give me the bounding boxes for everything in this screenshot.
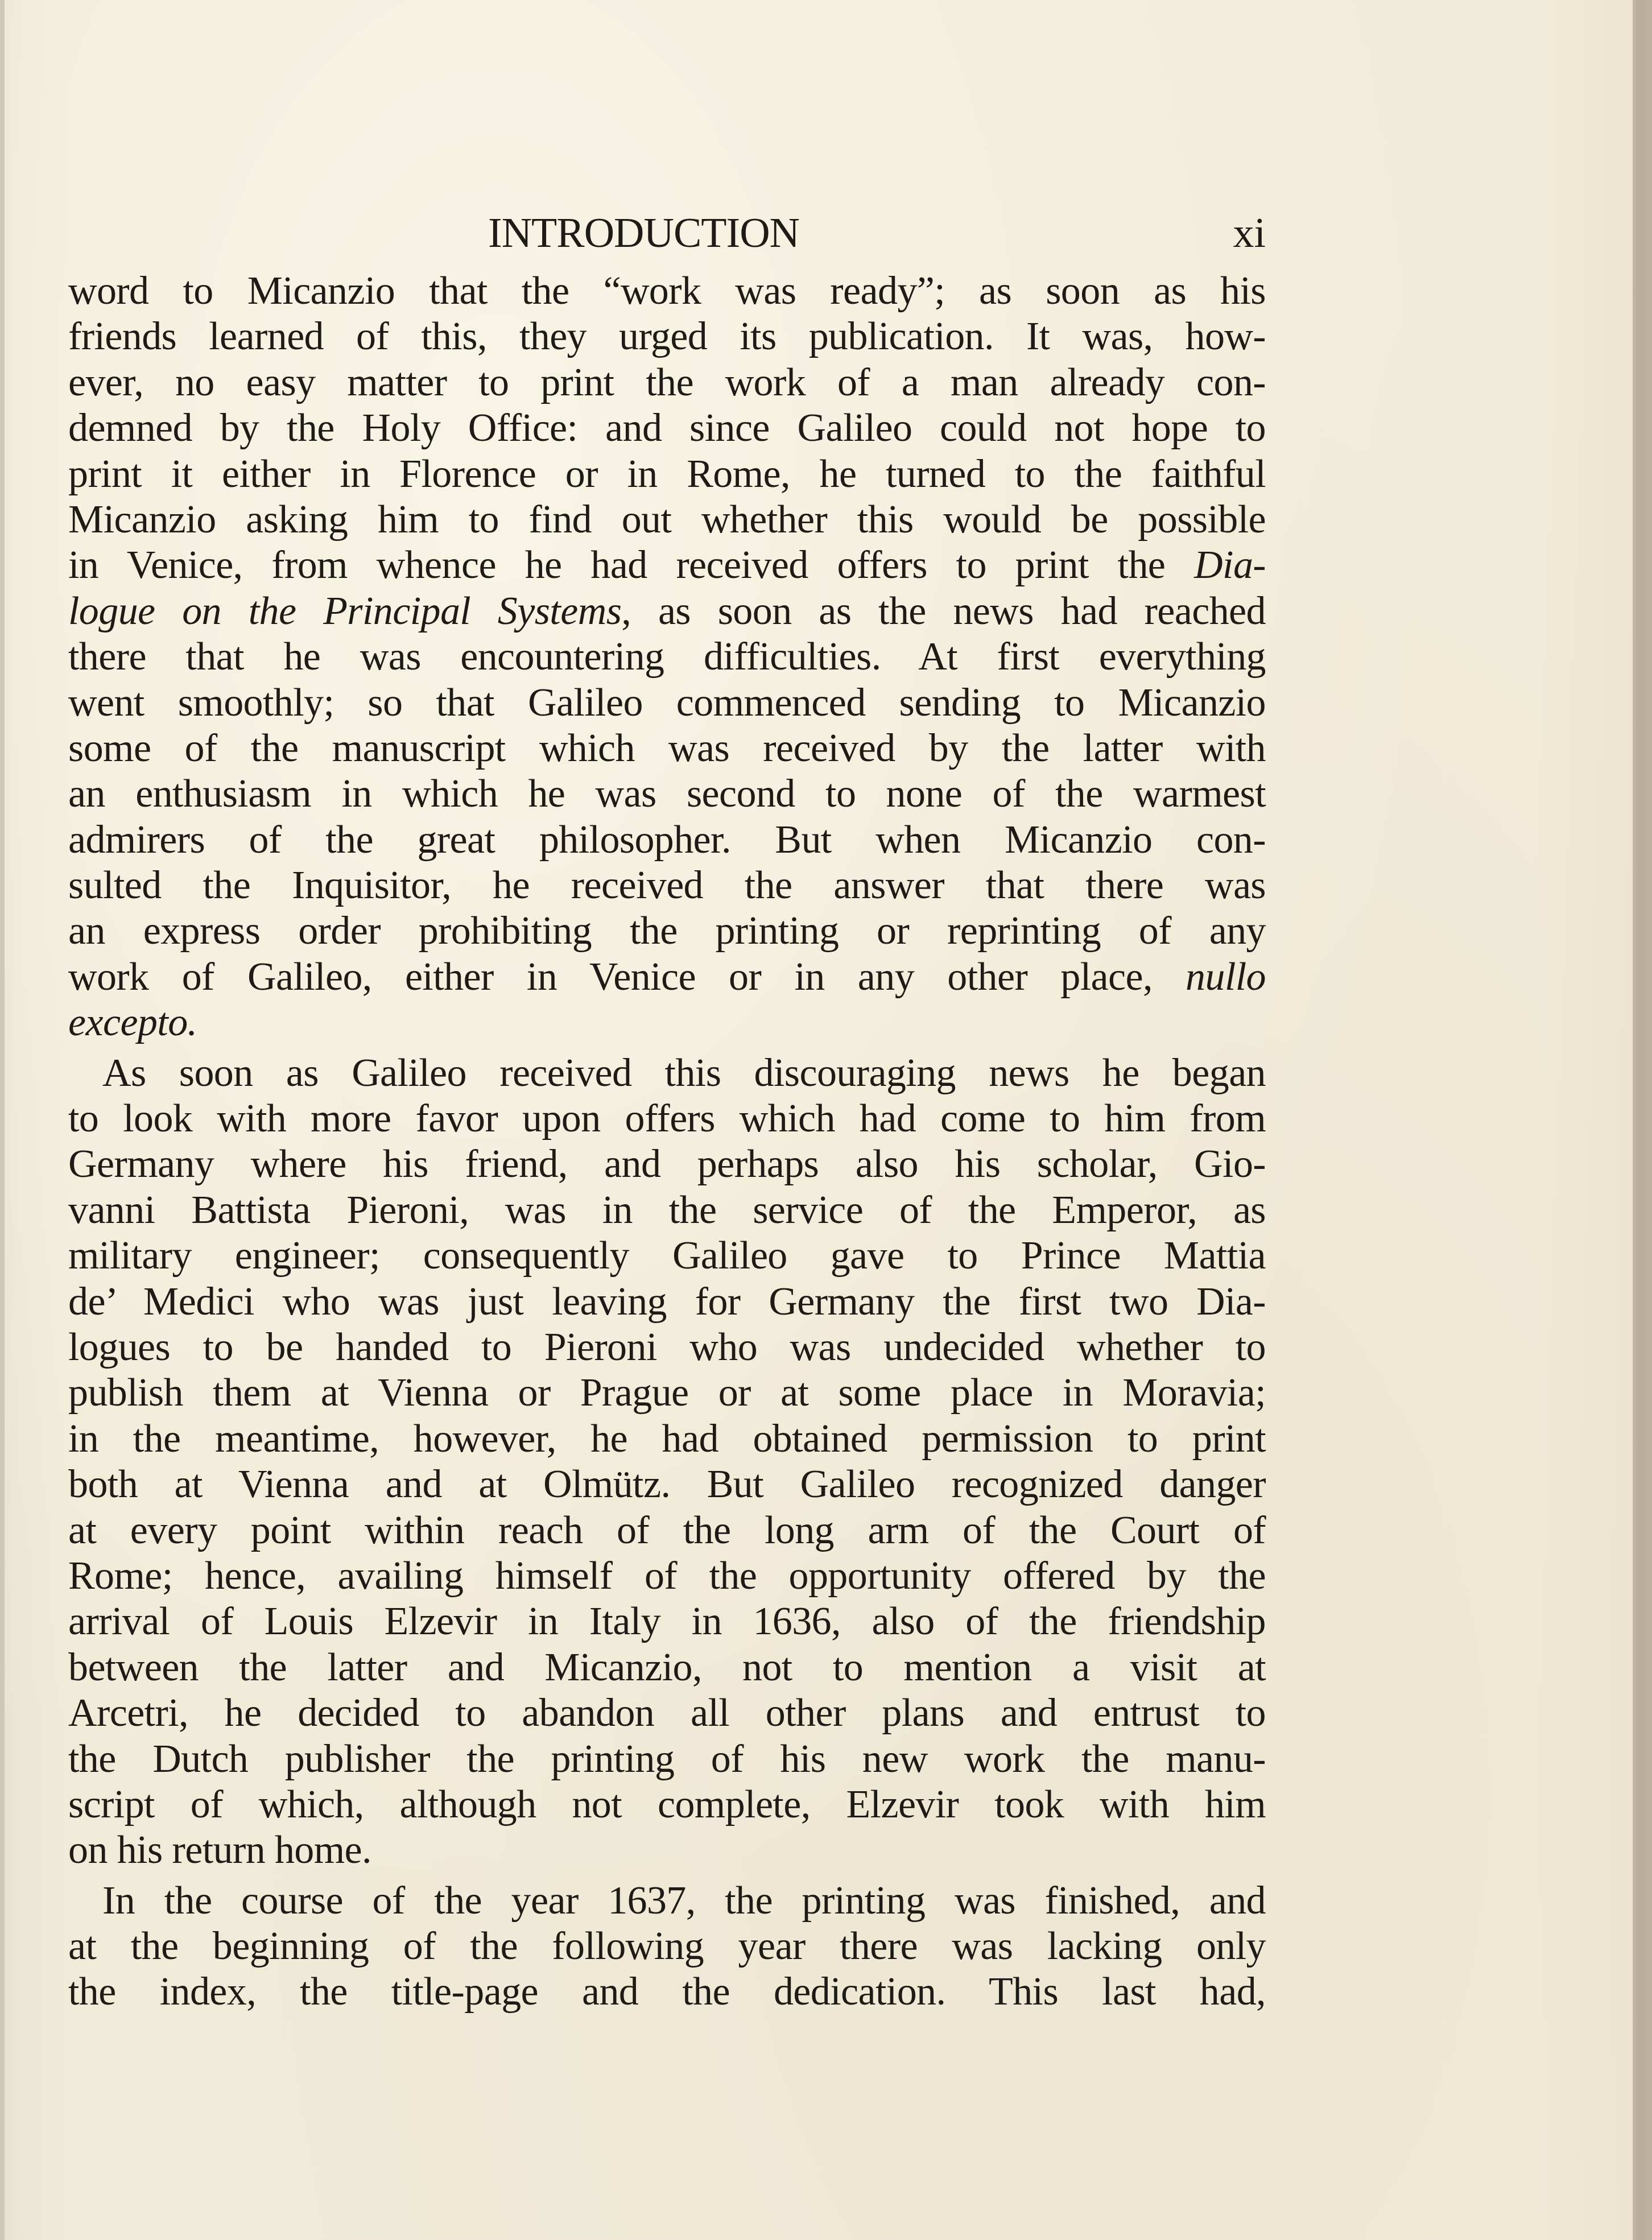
paragraph: As soon as Galileo received this discour… [68, 1051, 1266, 1874]
text-run: an express order prohibiting the printin… [68, 909, 1266, 953]
text-run: script of which, although not complete, … [68, 1783, 1266, 1826]
text-line: excepto. [68, 1000, 1266, 1045]
paragraph: word to Micanzio that the “work was read… [68, 268, 1266, 1046]
text-line: at the beginning of the following year t… [68, 1924, 1266, 1969]
text-line: vanni Battista Pieroni, was in the servi… [68, 1188, 1266, 1233]
text-run: word to Micanzio that the “work was read… [68, 269, 1266, 313]
text-run: As soon as Galileo received this discour… [102, 1051, 1266, 1095]
italic-text: nullo [1186, 955, 1266, 999]
text-run: logues to be handed to Pieroni who was u… [68, 1325, 1266, 1369]
text-run: vanni Battista Pieroni, was in the servi… [68, 1188, 1266, 1232]
text-line: Micanzio asking him to find out whether … [68, 497, 1266, 543]
text-line: work of Galileo, either in Venice or in … [68, 954, 1266, 1000]
text-line: arrival of Louis Elzevir in Italy in 163… [68, 1599, 1266, 1644]
text-run: the index, the title-page and the dedica… [68, 1970, 1266, 2014]
text-run: to look with more favor upon offers whic… [68, 1097, 1266, 1140]
text-line: in the meantime, however, he had obtaine… [68, 1416, 1266, 1462]
text-run: in Venice, from whence he had received o… [68, 543, 1194, 587]
page-left-edge [0, 0, 5, 2240]
text-line: sulted the Inquisitor, he received the a… [68, 863, 1266, 908]
text-run: on his return home. [68, 1828, 371, 1872]
text-line: the Dutch publisher the printing of his … [68, 1737, 1266, 1782]
body-text: word to Micanzio that the “work was read… [68, 268, 1266, 2015]
text-run: publish them at Vienna or Prague or at s… [68, 1371, 1266, 1415]
text-run: some of the manuscript which was receive… [68, 726, 1266, 770]
text-line: demned by the Holy Office: and since Gal… [68, 406, 1266, 451]
text-run: the Dutch publisher the printing of his … [68, 1737, 1266, 1781]
text-line: de’ Medici who was just leaving for Germ… [68, 1279, 1266, 1325]
text-line: As soon as Galileo received this discour… [68, 1051, 1266, 1096]
text-line: at every point within reach of the long … [68, 1508, 1266, 1553]
text-run: in the meantime, however, he had obtaine… [68, 1417, 1266, 1461]
text-run: ever, no easy matter to print the work o… [68, 361, 1266, 404]
text-line: logues to be handed to Pieroni who was u… [68, 1325, 1266, 1370]
text-line: some of the manuscript which was receive… [68, 726, 1266, 771]
text-line: Arcetri, he decided to abandon all other… [68, 1691, 1266, 1736]
text-line: ever, no easy matter to print the work o… [68, 360, 1266, 406]
text-run: In the course of the year 1637, the prin… [102, 1879, 1266, 1923]
text-run: both at Vienna and at Olmütz. But Galile… [68, 1462, 1266, 1506]
page-number: xi [1233, 205, 1266, 262]
text-run: at every point within reach of the long … [68, 1509, 1266, 1552]
text-run: an enthusiasm in which he was second to … [68, 772, 1266, 816]
binding-edge-shadow [1633, 0, 1652, 2240]
paragraph-gap [68, 1874, 1266, 1878]
text-line: both at Vienna and at Olmütz. But Galile… [68, 1462, 1266, 1507]
text-line: on his return home. [68, 1828, 1266, 1873]
text-line: admirers of the great philosopher. But w… [68, 817, 1266, 863]
text-run: de’ Medici who was just leaving for Germ… [68, 1280, 1266, 1324]
text-run: Rome; hence, availing himself of the opp… [68, 1554, 1266, 1598]
text-run: demned by the Holy Office: and since Gal… [68, 406, 1266, 450]
text-run: military engineer; consequently Galileo … [68, 1234, 1266, 1278]
text-line: Rome; hence, availing himself of the opp… [68, 1553, 1266, 1599]
text-run: print it either in Florence or in Rome, … [68, 452, 1266, 496]
text-line: publish them at Vienna or Prague or at s… [68, 1370, 1266, 1416]
text-run: arrival of Louis Elzevir in Italy in 163… [68, 1600, 1266, 1643]
text-line: went smoothly; so that Galileo commenced… [68, 680, 1266, 726]
text-line: word to Micanzio that the “work was read… [68, 268, 1266, 314]
paragraph: In the course of the year 1637, the prin… [68, 1878, 1266, 2015]
text-line: print it either in Florence or in Rome, … [68, 452, 1266, 497]
text-line: there that he was encountering difficult… [68, 634, 1266, 680]
text-run: at the beginning of the following year t… [68, 1924, 1266, 1968]
text-line: an enthusiasm in which he was second to … [68, 771, 1266, 817]
text-run: Micanzio asking him to find out whether … [68, 498, 1266, 542]
text-run: between the latter and Micanzio, not to … [68, 1646, 1266, 1689]
text-run: Germany where his friend, and perhaps al… [68, 1142, 1266, 1186]
text-line: Germany where his friend, and perhaps al… [68, 1142, 1266, 1187]
text-run: there that he was encountering difficult… [68, 635, 1266, 679]
text-line: script of which, although not complete, … [68, 1782, 1266, 1828]
text-line: in Venice, from whence he had received o… [68, 543, 1266, 588]
running-head: INTRODUCTION xi [68, 205, 1266, 262]
text-line: an express order prohibiting the printin… [68, 908, 1266, 954]
text-run: Arcetri, he decided to abandon all other… [68, 1691, 1266, 1735]
text-run: work of Galileo, either in Venice or in … [68, 955, 1186, 999]
italic-text: excepto. [68, 1001, 197, 1044]
running-title: INTRODUCTION [488, 205, 799, 262]
text-line: the index, the title-page and the dedica… [68, 1969, 1266, 2015]
text-line: military engineer; consequently Galileo … [68, 1233, 1266, 1279]
text-run: went smoothly; so that Galileo commenced… [68, 681, 1266, 725]
italic-text: Dia- [1194, 543, 1266, 587]
text-line: In the course of the year 1637, the prin… [68, 1878, 1266, 1924]
text-line: logue on the Principal Systems, as soon … [68, 589, 1266, 634]
text-run: , as soon as the news had reached [621, 589, 1266, 633]
text-line: between the latter and Micanzio, not to … [68, 1645, 1266, 1691]
italic-text: logue on the Principal Systems [68, 589, 621, 633]
paragraph-gap [68, 1046, 1266, 1051]
text-run: admirers of the great philosopher. But w… [68, 818, 1266, 862]
text-line: to look with more favor upon offers whic… [68, 1096, 1266, 1142]
text-line: friends learned of this, they urged its … [68, 314, 1266, 359]
text-run: friends learned of this, they urged its … [68, 315, 1266, 358]
text-run: sulted the Inquisitor, he received the a… [68, 863, 1266, 907]
